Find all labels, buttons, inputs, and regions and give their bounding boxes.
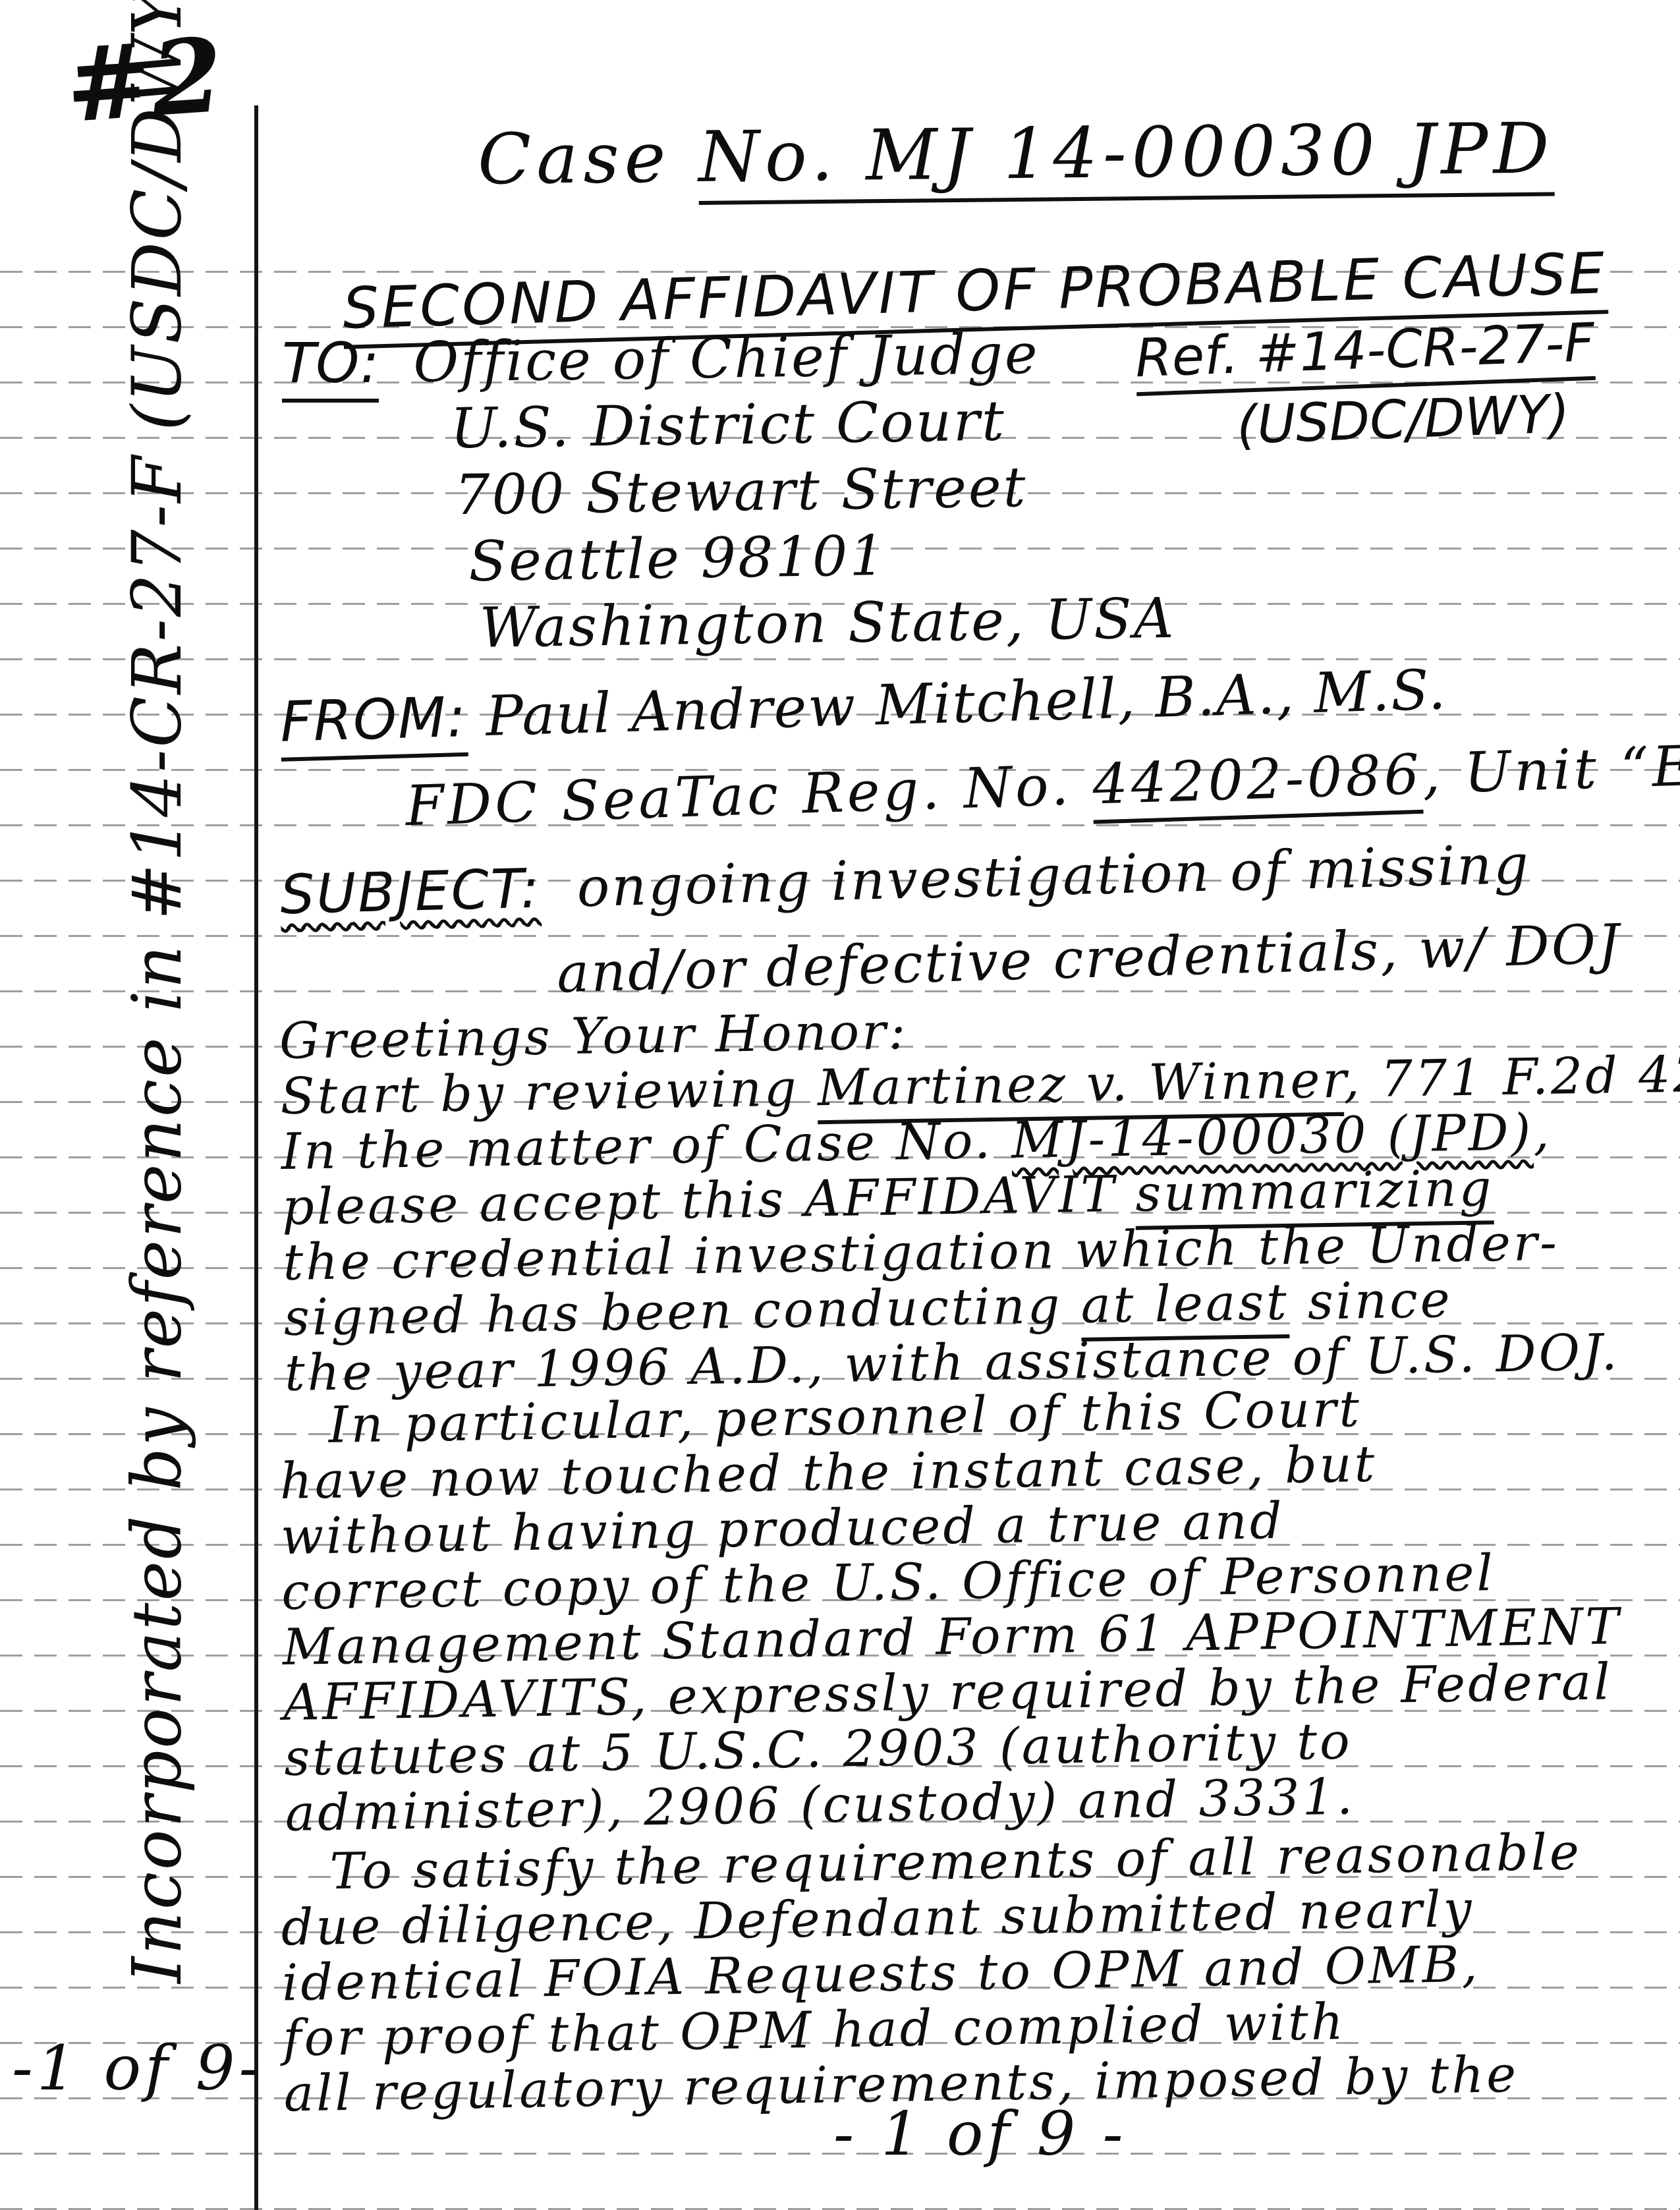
reference-block: Ref. #14-CR-27-F (USDC/DWY) [1134, 312, 1598, 459]
subject-line1: SUBJECT:ongoing investigation of missing [279, 834, 1531, 926]
sender-name: Paul Andrew Mitchell, B.A., M.S. [466, 657, 1447, 749]
body-paragraph-1: Greetings Your Honor: Start by reviewing… [279, 987, 1680, 1401]
scanned-affidavit-page: #2 Incorporated by reference in #14-CR-2… [0, 0, 1680, 2210]
body-text: since [1289, 1270, 1453, 1331]
sender-reg-number: 44202-086 [1092, 742, 1424, 824]
case-number: No. MJ 14-00030 JPD [698, 107, 1555, 205]
subject-label: SUBJECT: [279, 858, 542, 927]
subject-text-1: ongoing investigation of missing [576, 834, 1531, 919]
sender-unit: , Unit “EA” [1422, 731, 1680, 807]
recipient-line: 700 Stewart Street [454, 452, 1174, 528]
recipient-line: U.S. District Court [450, 385, 1173, 462]
from-label: FROM: [279, 685, 468, 762]
recipient-address: Office of Chief Judge U.S. District Cour… [413, 319, 1176, 662]
recipient-line: Office of Chief Judge [413, 319, 1173, 396]
body-text: , 771 F.2d 424 (1985). [1343, 1040, 1680, 1109]
body-paragraph-3: To satisfy the requirements of all reaso… [280, 1825, 1586, 2122]
sender-reg-pre: FDC SeaTac Reg. No. [405, 752, 1094, 839]
to-label: TO: [282, 331, 379, 395]
case-number-pre: Case [477, 117, 698, 200]
recipient-line: Washington State, USA [479, 585, 1176, 662]
body-paragraph-2: In particular, personnel of this Court h… [279, 1377, 1625, 1841]
page-number-margin: -1 of 9- [12, 2033, 264, 2105]
case-number-line: Case No. MJ 14-00030 JPD [477, 107, 1555, 200]
subject-line2: and/or defective credentials, w/ DOJ [556, 913, 1622, 1005]
to-label-text: TO: [282, 331, 379, 403]
from-line: FROM: Paul Andrew Mitchell, B.A., M.S. [279, 657, 1448, 754]
margin-line [254, 105, 258, 2210]
page-number-center: - 1 of 9 - [833, 2099, 1127, 2169]
body-text: , [1533, 1102, 1553, 1161]
recipient-line: Seattle 98101 [468, 519, 1175, 595]
margin-note: Incorporated by reference in #14-CR-27-F… [119, 0, 197, 1983]
from-line2: FDC SeaTac Reg. No. 44202-086, Unit “EA” [405, 731, 1680, 839]
reference-court: (USDC/DWY) [1235, 382, 1598, 456]
